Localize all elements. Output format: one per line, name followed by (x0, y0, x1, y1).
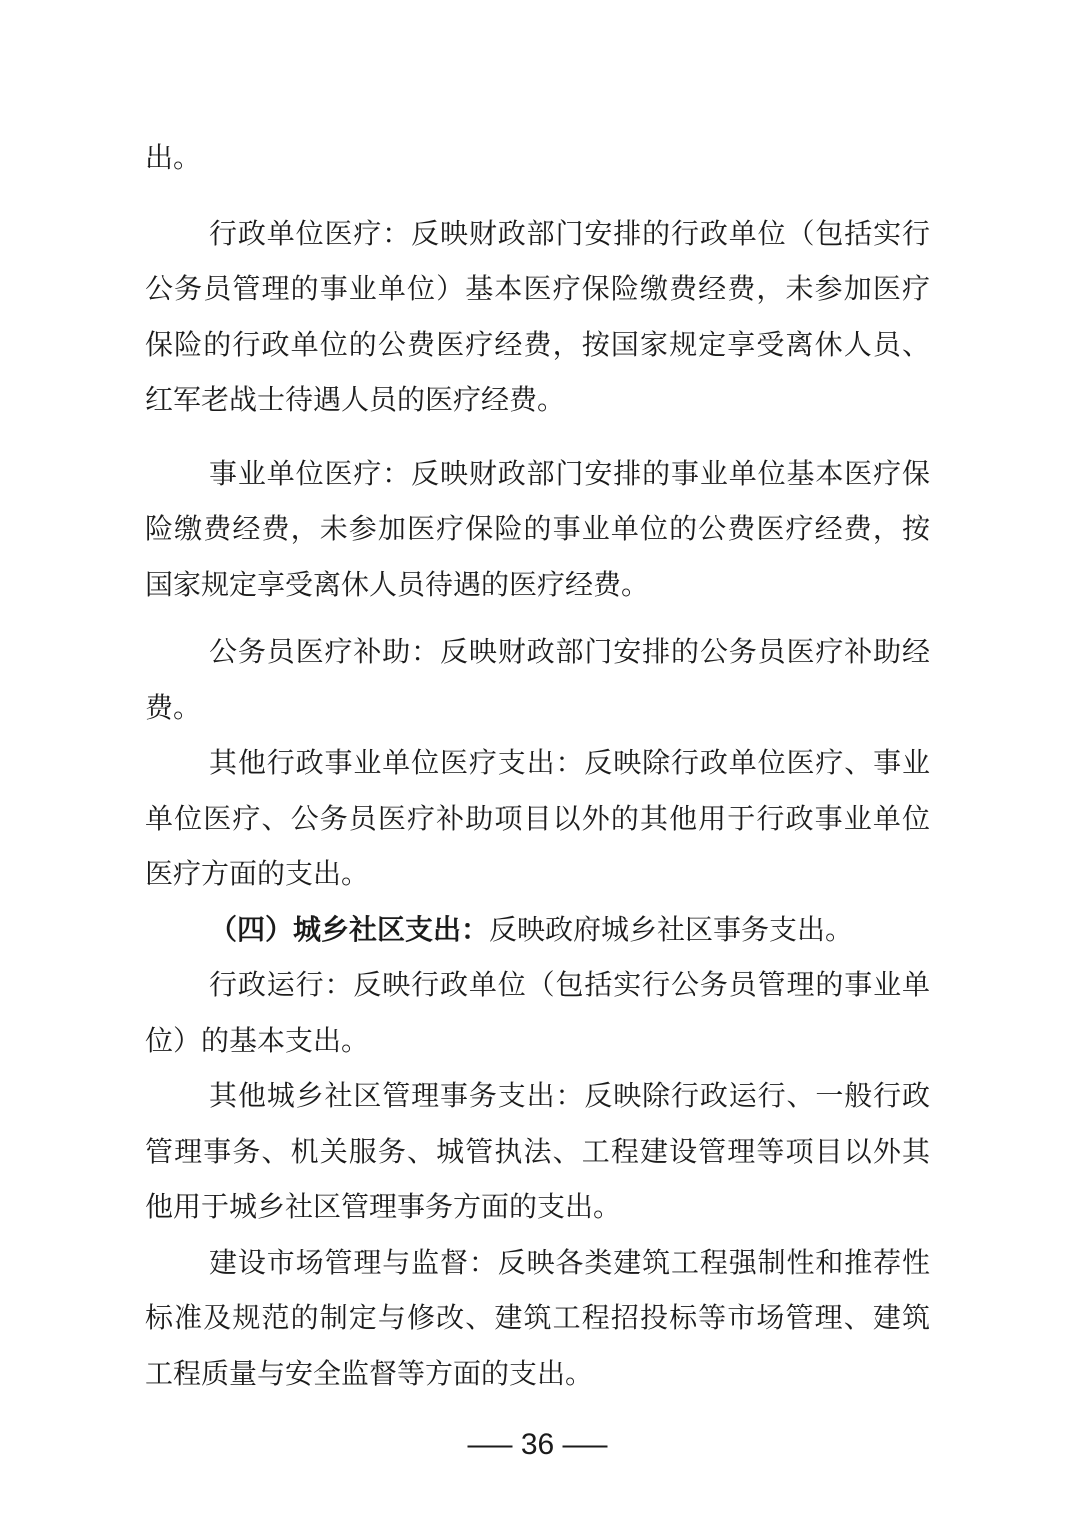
para-construction-market-supervision: 建设市场管理与监督：反映各类建筑工程强制性和推荐性 标准及规范的制定与修改、建筑… (145, 1235, 930, 1402)
text-line: 工程质量与安全监督等方面的支出。 (145, 1346, 930, 1402)
document-body: 出。 行政单位医疗：反映财政部门安排的行政单位（包括实行 公务员管理的事业单位）… (145, 130, 930, 1463)
text-line: 国家规定享受离休人员待遇的医疗经费。 (145, 557, 930, 613)
text-line: 医疗方面的支出。 (145, 846, 930, 902)
text-line: 保险的行政单位的公费医疗经费，按国家规定享受离休人员、 (145, 317, 930, 373)
page-number: 36 (521, 1427, 554, 1463)
footer-right-dash: — (563, 1427, 608, 1463)
text-line: 位）的基本支出。 (145, 1013, 930, 1069)
text-line: 出。 (145, 130, 930, 186)
text-line: 行政运行：反映行政单位（包括实行公务员管理的事业单 (145, 957, 930, 1013)
footer-left-dash: — (467, 1427, 512, 1463)
para-other-community-mgmt-expense: 其他城乡社区管理事务支出：反映除行政运行、一般行政 管理事务、机关服务、城管执法… (145, 1068, 930, 1235)
text-line: 单位医疗、公务员医疗补助项目以外的其他用于行政事业单位 (145, 791, 930, 847)
para-continuation: 出。 (145, 130, 930, 186)
text-line: 公务员医疗补助：反映财政部门安排的公务员医疗补助经 (145, 624, 930, 680)
para-admin-unit-medical: 行政单位医疗：反映财政部门安排的行政单位（包括实行 公务员管理的事业单位）基本医… (145, 206, 930, 428)
para-admin-operation: 行政运行：反映行政单位（包括实行公务员管理的事业单 位）的基本支出。 (145, 957, 930, 1068)
text-line: 公务员管理的事业单位）基本医疗保险缴费经费，未参加医疗 (145, 261, 930, 317)
para-public-institution-medical: 事业单位医疗：反映财政部门安排的事业单位基本医疗保 险缴费经费，未参加医疗保险的… (145, 446, 930, 613)
text-line: 险缴费经费，未参加医疗保险的事业单位的公费医疗经费，按 (145, 501, 930, 557)
text-line: 建设市场管理与监督：反映各类建筑工程强制性和推荐性 (145, 1235, 930, 1291)
para-civil-servant-medical-subsidy: 公务员医疗补助：反映财政部门安排的公务员医疗补助经 费。 (145, 624, 930, 735)
text-line: 事业单位医疗：反映财政部门安排的事业单位基本医疗保 (145, 446, 930, 502)
text-line: 其他行政事业单位医疗支出：反映除行政单位医疗、事业 (145, 735, 930, 791)
text-line: 管理事务、机关服务、城管执法、工程建设管理等项目以外其 (145, 1124, 930, 1180)
text-line: （四）城乡社区支出：反映政府城乡社区事务支出。 (145, 902, 930, 958)
document-page: 出。 行政单位医疗：反映财政部门安排的行政单位（包括实行 公务员管理的事业单位）… (0, 0, 1074, 1520)
text-line: 其他城乡社区管理事务支出：反映除行政运行、一般行政 (145, 1068, 930, 1124)
para-urban-rural-community-heading: （四）城乡社区支出：反映政府城乡社区事务支出。 (145, 902, 930, 958)
page-footer: — 36 — (145, 1427, 930, 1463)
text-line: 标准及规范的制定与修改、建筑工程招投标等市场管理、建筑 (145, 1290, 930, 1346)
text-line: 行政单位医疗：反映财政部门安排的行政单位（包括实行 (145, 206, 930, 262)
para-other-admin-medical-expense: 其他行政事业单位医疗支出：反映除行政单位医疗、事业 单位医疗、公务员医疗补助项目… (145, 735, 930, 902)
text-line: 他用于城乡社区管理事务方面的支出。 (145, 1179, 930, 1235)
section-heading-rest: 反映政府城乡社区事务支出。 (489, 913, 853, 946)
text-line: 费。 (145, 680, 930, 736)
section-heading-bold: （四）城乡社区支出： (209, 913, 489, 946)
text-line: 红军老战士待遇人员的医疗经费。 (145, 372, 930, 428)
